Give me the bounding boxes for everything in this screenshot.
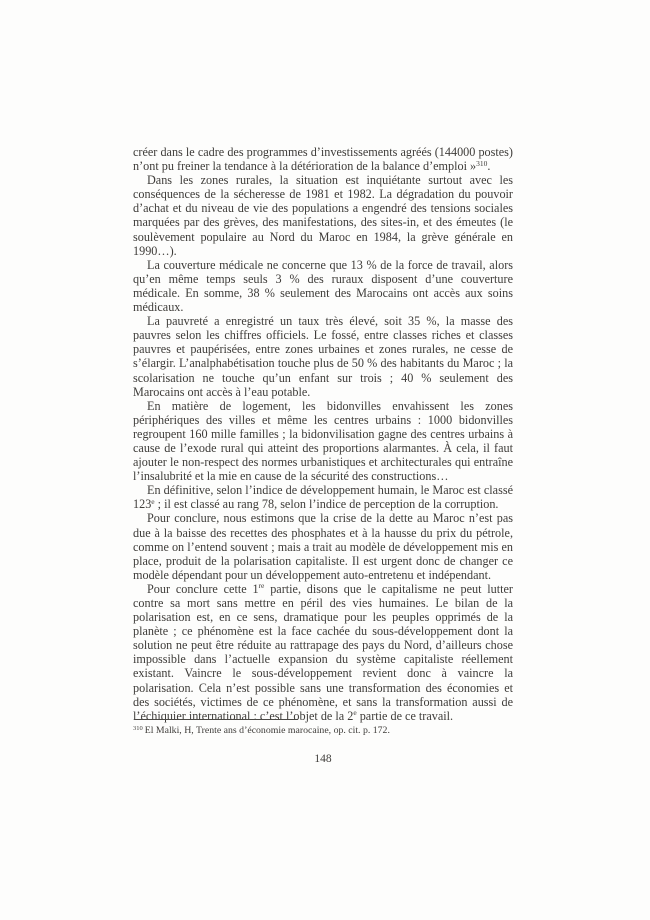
superscript-reference: e: [353, 708, 356, 717]
footnote-marker: 310: [133, 725, 145, 732]
text-block: créer dans le cadre des programmes d’inv…: [133, 145, 513, 723]
footnote-separator-rule: [134, 719, 298, 720]
paragraph: En définitive, selon l’indice de dévelop…: [133, 483, 513, 511]
paragraph: Dans les zones rurales, la situation est…: [133, 173, 513, 258]
footnote: 310El Malki, H, Trente ans d’économie ma…: [133, 719, 513, 737]
superscript-reference: re: [259, 581, 265, 590]
footnote-citation: El Malki, H, Trente ans d’économie maroc…: [145, 725, 390, 736]
paragraph: Pour conclure cette 1re partie, disons q…: [133, 582, 513, 723]
scanned-document-page: créer dans le cadre des programmes d’inv…: [0, 0, 650, 920]
paragraph: La pauvreté a enregistré un taux très él…: [133, 314, 513, 399]
paragraph: En matière de logement, les bidonvilles …: [133, 399, 513, 484]
superscript-reference: 310: [476, 159, 487, 168]
superscript-reference: e: [151, 497, 154, 506]
footnote-text: 310El Malki, H, Trente ans d’économie ma…: [133, 725, 513, 737]
page-number: 148: [133, 753, 513, 765]
paragraph: créer dans le cadre des programmes d’inv…: [133, 145, 513, 173]
paragraph: Pour conclure, nous estimons que la cris…: [133, 511, 513, 581]
paragraph: La couverture médicale ne concerne que 1…: [133, 258, 513, 314]
